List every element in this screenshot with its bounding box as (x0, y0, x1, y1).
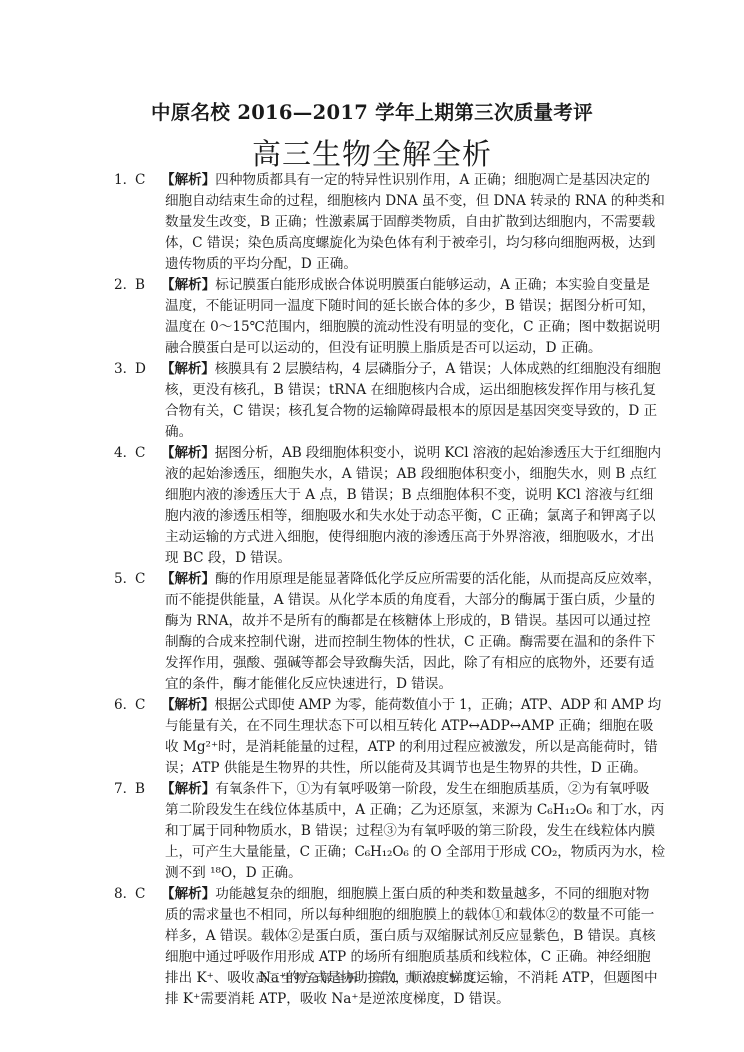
explanation-line: 确。 (165, 422, 662, 443)
answer-item: 6． C 【解析】根据公式即使 AMP 为零，能荷数值小于 1，正确；ATP、A… (114, 695, 662, 779)
explanation-line: 收 Mg²⁺时，是消耗能量的过程，ATP 的利用过程应被激发，所以是高能荷时，错 (165, 737, 662, 758)
explanation-line: 温度在 0～15℃范围内，细胞膜的流动性没有明显的变化，C 正确；图中数据说明 (165, 317, 662, 338)
explanation-line: 细胞中通过呼吸作用形成 ATP 的场所有细胞质基质和线粒体，C 正确。神经细胞 (165, 947, 662, 968)
answer-item: 4． C 【解析】据图分析，AB 段细胞体积变小，说明 KCl 溶液的起始渗透压… (114, 443, 662, 569)
explanation-line: 核，更没有核孔，B 错误；tRNA 在细胞核内合成，运出细胞核发挥作用与核孔复 (165, 380, 662, 401)
explanation-line: 【解析】四种物质都具有一定的特异性识别作用，A 正确；细胞凋亡是基因决定的 (161, 170, 662, 191)
explanation: 【解析】功能越复杂的细胞，细胞膜上蛋白质的种类和数量越多，不同的细胞对物质的需求… (161, 884, 662, 1010)
explanation: 【解析】标记膜蛋白能形成嵌合体说明膜蛋白能够运动，A 正确；本实验自变量是温度，… (161, 275, 662, 359)
explanation-text: 根据公式即使 AMP 为零，能荷数值小于 1，正确；ATP、ADP 和 AMP … (214, 697, 661, 713)
explanation-line: 【解析】根据公式即使 AMP 为零，能荷数值小于 1，正确；ATP、ADP 和 … (161, 695, 662, 716)
explanation-line: 宜的条件，酶才能催化反应快速进行，D 错误。 (165, 674, 662, 695)
explanation-line: 样多，A 错误。载体②是蛋白质，蛋白质与双缩脲试剂反应显紫色，B 错误。真核 (165, 926, 662, 947)
exam-subtitle: 中原名校 2016—2017 学年上期第三次质量考评 (0, 97, 744, 125)
analysis-label: 【解析】 (161, 445, 215, 461)
explanation-line: 【解析】酶的作用原理是能显著降低化学反应所需要的活化能，从而提高反应效率， (161, 569, 662, 590)
explanation-line: 与能量有关，在不同生理状态下可以相互转化 ATP↔ADP↔AMP 正确；细胞在吸 (165, 716, 662, 737)
explanation: 【解析】酶的作用原理是能显著降低化学反应所需要的活化能，从而提高反应效率，而不能… (161, 569, 662, 695)
answer-letter: C (135, 884, 155, 905)
explanation-line: 【解析】功能越复杂的细胞，细胞膜上蛋白质的种类和数量越多，不同的细胞对物 (161, 884, 662, 905)
question-number: 3． (114, 359, 134, 380)
explanation-text: 酶的作用原理是能显著降低化学反应所需要的活化能，从而提高反应效率， (215, 571, 661, 587)
answer-item: 3． D 【解析】核膜具有 2 层膜结构，4 层磷脂分子，A 错误；人体成熟的红… (114, 359, 662, 443)
explanation: 【解析】有氧条件下，①为有氧呼吸第一阶段，发生在细胞质基质，②为有氧呼吸第二阶段… (161, 779, 662, 884)
question-number: 1． (114, 170, 134, 191)
answer-item: 2． B 【解析】标记膜蛋白能形成嵌合体说明膜蛋白能够运动，A 正确；本实验自变… (114, 275, 662, 359)
explanation-line: 胞内液的渗透压相等，细胞吸水和失水处于动态平衡，C 正确；氯离子和钾离子以 (165, 506, 662, 527)
answer-letter: C (135, 170, 155, 191)
explanation-line: 排 K⁺需要消耗 ATP，吸收 Na⁺是逆浓度梯度，D 错误。 (165, 989, 662, 1010)
explanation-text: 有氧条件下，①为有氧呼吸第一阶段，发生在细胞质基质，②为有氧呼吸 (215, 781, 649, 797)
explanation-line: 上，可产生大量能量，C 正确；C₆H₁₂O₆ 的 O 全部用于形成 CO₂，物质… (165, 842, 662, 863)
explanation-line: 细胞内液的渗透压大于 A 点，B 错误；B 点细胞体积不变，说明 KCl 溶液与… (165, 485, 662, 506)
analysis-label: 【解析】 (161, 886, 215, 902)
question-number: 6． (114, 695, 134, 716)
answer-letter: B (135, 275, 155, 296)
explanation-line: 数量发生改变，B 正确；性激素属于固醇类物质，自由扩散到达细胞内，不需要载 (165, 212, 662, 233)
explanation-line: 液的起始渗透压，细胞失水，A 错误；AB 段细胞体积变小，细胞失水，则 B 点红 (165, 464, 662, 485)
analysis-label: 【解析】 (161, 697, 214, 713)
explanation-line: 和丁属于同种物质水，B 错误；过程③为有氧呼吸的第三阶段，发生在线粒体内膜 (165, 821, 662, 842)
explanation-line: 而不能提供能量，A 错误。从化学本质的角度看，大部分的酶属于蛋白质，少量的 (165, 590, 662, 611)
answer-letter: C (135, 443, 155, 464)
explanation-text: 功能越复杂的细胞，细胞膜上蛋白质的种类和数量越多，不同的细胞对物 (215, 886, 649, 902)
explanation-line: 温度，不能证明同一温度下随时间的延长嵌合体的多少，B 错误；据图分析可知， (165, 296, 662, 317)
explanation-line: 合物有关，C 错误；核孔复合物的运输障碍最根本的原因是基因突变导致的，D 正 (165, 401, 662, 422)
explanation-line: 【解析】据图分析，AB 段细胞体积变小，说明 KCl 溶液的起始渗透压大于红细胞… (161, 443, 662, 464)
question-number: 7． (114, 779, 134, 800)
explanation: 【解析】根据公式即使 AMP 为零，能荷数值小于 1，正确；ATP、ADP 和 … (161, 695, 662, 779)
explanation-line: 【解析】有氧条件下，①为有氧呼吸第一阶段，发生在细胞质基质，②为有氧呼吸 (161, 779, 662, 800)
explanation-line: 【解析】标记膜蛋白能形成嵌合体说明膜蛋白能够运动，A 正确；本实验自变量是 (161, 275, 662, 296)
explanation-text: 核膜具有 2 层膜结构，4 层磷脂分子，A 错误；人体成熟的红细胞没有细胞 (215, 361, 661, 377)
explanation-line: 遗传物质的平均分配，D 正确。 (165, 254, 662, 275)
explanation-line: 发挥作用，强酸、强碱等都会导致酶失活，因此，除了有相应的底物外，还要有适 (165, 653, 662, 674)
answer-item: 7． B 【解析】有氧条件下，①为有氧呼吸第一阶段，发生在细胞质基质，②为有氧呼… (114, 779, 662, 884)
explanation-line: 细胞自动结束生命的过程，细胞核内 DNA 虽不变，但 DNA 转录的 RNA 的… (165, 191, 662, 212)
explanation-line: 测不到 ¹⁸O，D 正确。 (165, 863, 662, 884)
explanation-text: 据图分析，AB 段细胞体积变小，说明 KCl 溶液的起始渗透压大于红细胞内 (215, 445, 661, 461)
analysis-label: 【解析】 (161, 571, 215, 587)
analysis-label: 【解析】 (161, 277, 215, 293)
explanation: 【解析】核膜具有 2 层膜结构，4 层磷脂分子，A 错误；人体成熟的红细胞没有细… (161, 359, 662, 443)
explanation-line: 酶为 RNA，故并不是所有的酶都是在核糖体上形成的，B 错误。基因可以通过控 (165, 611, 662, 632)
explanation-line: 第二阶段发生在线位体基质中，A 正确；乙为还原氢，来源为 C₆H₁₂O₆ 和丁水… (165, 800, 662, 821)
explanation-text: 标记膜蛋白能形成嵌合体说明膜蛋白能够运动，A 正确；本实验自变量是 (215, 277, 650, 293)
explanation-line: 误；ATP 供能是生物界的共性，所以能荷及其调节也是生物界的共性，D 正确。 (165, 758, 662, 779)
explanation-text: 四种物质都具有一定的特异性识别作用，A 正确；细胞凋亡是基因决定的 (215, 172, 650, 188)
explanation-line: 质的需求量也不相同，所以每种细胞的细胞膜上的载体①和载体②的数量不可能一 (165, 905, 662, 926)
answer-letter: B (135, 779, 155, 800)
page-title: 高三生物全解全析 (0, 132, 744, 173)
explanation-line: 融合膜蛋白是可以运动的，但没有证明膜上脂质是否可以运动，D 正确。 (165, 338, 662, 359)
explanation-line: 【解析】核膜具有 2 层膜结构，4 层磷脂分子，A 错误；人体成熟的红细胞没有细… (161, 359, 662, 380)
question-number: 2． (114, 275, 134, 296)
analysis-label: 【解析】 (161, 781, 215, 797)
explanation-line: 制酶的合成来控制代谢，进而控制生物体的性状，C 正确。酶需要在温和的条件下 (165, 632, 662, 653)
analysis-label: 【解析】 (161, 172, 215, 188)
explanation-line: 现 BC 段，D 错误。 (165, 548, 662, 569)
answer-letter: D (135, 359, 155, 380)
answer-list: 1． C 【解析】四种物质都具有一定的特异性识别作用，A 正确；细胞凋亡是基因决… (114, 170, 662, 1010)
explanation: 【解析】四种物质都具有一定的特异性识别作用，A 正确；细胞凋亡是基因决定的细胞自… (161, 170, 662, 275)
answer-item: 1． C 【解析】四种物质都具有一定的特异性识别作用，A 正确；细胞凋亡是基因决… (114, 170, 662, 275)
page-footer: 高三生物全解全析 第 1 页（共 5 页） (0, 970, 744, 986)
answer-item: 5． C 【解析】酶的作用原理是能显著降低化学反应所需要的活化能，从而提高反应效… (114, 569, 662, 695)
question-number: 5． (114, 569, 134, 590)
explanation-line: 体，C 错误；染色质高度螺旋化为染色体有利于被牵引，均匀移向细胞两极，达到 (165, 233, 662, 254)
explanation: 【解析】据图分析，AB 段细胞体积变小，说明 KCl 溶液的起始渗透压大于红细胞… (161, 443, 662, 569)
question-number: 4． (114, 443, 134, 464)
answer-letter: C (135, 569, 155, 590)
answer-letter: C (135, 695, 155, 716)
answer-item: 8． C 【解析】功能越复杂的细胞，细胞膜上蛋白质的种类和数量越多，不同的细胞对… (114, 884, 662, 1010)
explanation-line: 主动运输的方式进入细胞，使得细胞内液的渗透压高于外界溶液，细胞吸水，才出 (165, 527, 662, 548)
question-number: 8． (114, 884, 134, 905)
analysis-label: 【解析】 (161, 361, 215, 377)
